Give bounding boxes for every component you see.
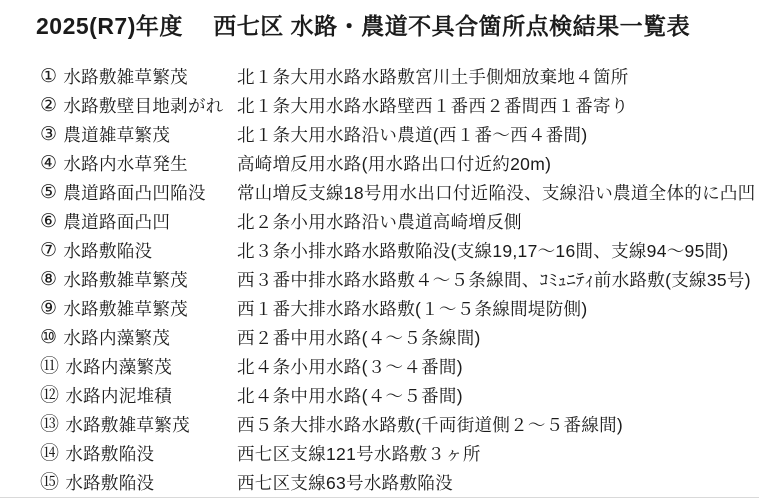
item-category: 水路敷陥没: [63, 238, 152, 263]
item-category: 水路内水草発生: [63, 151, 188, 176]
item-description: 北１条大用水路沿い農道(西１番～西４番間): [237, 122, 765, 147]
list-item: ⑤ 農道路面凸凹陥没 常山増反支線18号用水出口付近陥没、支線沿い農道全体的に凸…: [40, 178, 765, 207]
item-category: 農道雑草繁茂: [63, 122, 170, 147]
list-item: ② 水路敷壁目地剥がれ 北１条大用水路水路壁西１番西２番間西１番寄り: [40, 91, 765, 120]
list-item: ⑫ 水路内泥堆積 北４条中用水路(４～５番間): [40, 381, 765, 410]
item-category: 水路内藻繁茂: [65, 354, 172, 379]
list-item: ⑨ 水路敷雑草繁茂 西１番大排水路水路敷(１～５条線間堤防側): [40, 294, 765, 323]
item-description: 北３条小排水路水路敷陥没(支線19,17～16間、支線94～95間): [237, 238, 765, 263]
list-item: ③ 農道雑草繁茂 北１条大用水路沿い農道(西１番～西４番間): [40, 120, 765, 149]
item-label-group: ⑥ 農道路面凸凹: [40, 209, 237, 234]
list-item: ⑬ 水路敷雑草繁茂 西５条大排水路水路敷(千両街道側２～５番線間): [40, 410, 765, 439]
item-circled-number: ④: [40, 154, 57, 173]
item-category: 水路敷雑草繁茂: [63, 267, 188, 292]
item-label-group: ④ 水路内水草発生: [40, 151, 237, 176]
item-category: 水路敷陥没: [65, 470, 154, 495]
item-label-group: ① 水路敷雑草繁茂: [40, 64, 237, 89]
item-description: 北１条大用水路水路壁西１番西２番間西１番寄り: [237, 93, 765, 118]
item-category: 農道路面凸凹: [63, 209, 170, 234]
item-circled-number: ⑧: [40, 270, 57, 289]
item-label-group: ⑭ 水路敷陥没: [40, 441, 237, 466]
list-item: ⑪ 水路内藻繁茂 北４条小用水路(３～４番間): [40, 352, 765, 381]
item-circled-number: ⑤: [40, 183, 57, 202]
list-item: ⑥ 農道路面凸凹 北２条小用水路沿い農道高崎増反側: [40, 207, 765, 236]
item-description: 西１番大排水路水路敷(１～５条線間堤防側): [237, 296, 765, 321]
item-description: 西５条大排水路水路敷(千両街道側２～５番線間): [237, 412, 765, 437]
item-label-group: ⑬ 水路敷雑草繁茂: [40, 412, 237, 437]
document-page: 2025(R7)年度 西七区 水路・農道不具合箇所点検結果一覧表 ① 水路敷雑草…: [0, 0, 765, 500]
page-title: 2025(R7)年度 西七区 水路・農道不具合箇所点検結果一覧表: [36, 8, 690, 41]
list-item: ⑦ 水路敷陥没 北３条小排水路水路敷陥没(支線19,17～16間、支線94～95…: [40, 236, 765, 265]
item-circled-number: ⑨: [40, 299, 57, 318]
item-category: 水路内藻繁茂: [63, 325, 170, 350]
item-category: 農道路面凸凹陥没: [63, 180, 205, 205]
item-circled-number: ①: [40, 67, 57, 86]
item-circled-number: ⑭: [40, 444, 59, 463]
item-circled-number: ②: [40, 96, 57, 115]
item-circled-number: ⑪: [40, 357, 59, 376]
item-label-group: ⑨ 水路敷雑草繁茂: [40, 296, 237, 321]
item-label-group: ③ 農道雑草繁茂: [40, 122, 237, 147]
item-category: 水路敷雑草繁茂: [65, 412, 190, 437]
item-circled-number: ⑬: [40, 415, 59, 434]
item-label-group: ⑪ 水路内藻繁茂: [40, 354, 237, 379]
item-circled-number: ⑫: [40, 386, 59, 405]
item-description: 西３番中排水路水路敷４～５条線間、ｺﾐｭﾆﾃｨ前水路敷(支線35号): [237, 267, 765, 292]
item-category: 水路敷雑草繁茂: [63, 296, 188, 321]
item-description: 北１条大用水路水路敷宮川土手側畑放棄地４箇所: [237, 64, 765, 89]
item-description: 高崎増反用水路(用水路出口付近約20m): [237, 151, 765, 176]
item-description: 西七区支線63号水路敷陥没: [237, 470, 765, 495]
item-circled-number: ⑩: [40, 328, 57, 347]
item-category: 水路敷陥没: [65, 441, 154, 466]
item-label-group: ⑫ 水路内泥堆積: [40, 383, 237, 408]
item-circled-number: ③: [40, 125, 57, 144]
item-circled-number: ⑦: [40, 241, 57, 260]
item-category: 水路内泥堆積: [65, 383, 172, 408]
item-description: 北４条中用水路(４～５番間): [237, 383, 765, 408]
list-item: ④ 水路内水草発生 高崎増反用水路(用水路出口付近約20m): [40, 149, 765, 178]
item-label-group: ⑮ 水路敷陥没: [40, 470, 237, 495]
list-item: ⑭ 水路敷陥没 西七区支線121号水路敷３ヶ所: [40, 439, 765, 468]
list-item: ⑩ 水路内藻繁茂 西２番中用水路(４～５条線間): [40, 323, 765, 352]
item-circled-number: ⑮: [40, 473, 59, 492]
item-category: 水路敷壁目地剥がれ: [63, 93, 223, 118]
scan-edge-line: [0, 497, 759, 498]
list-item: ① 水路敷雑草繁茂 北１条大用水路水路敷宮川土手側畑放棄地４箇所: [40, 62, 765, 91]
item-circled-number: ⑥: [40, 212, 57, 231]
list-item: ⑧ 水路敷雑草繁茂 西３番中排水路水路敷４～５条線間、ｺﾐｭﾆﾃｨ前水路敷(支線…: [40, 265, 765, 294]
item-label-group: ⑧ 水路敷雑草繁茂: [40, 267, 237, 292]
item-label-group: ⑤ 農道路面凸凹陥没: [40, 180, 237, 205]
item-description: 常山増反支線18号用水出口付近陥没、支線沿い農道全体的に凸凹: [237, 180, 765, 205]
item-label-group: ② 水路敷壁目地剥がれ: [40, 93, 237, 118]
item-label-group: ⑦ 水路敷陥没: [40, 238, 237, 263]
item-category: 水路敷雑草繁茂: [63, 64, 188, 89]
defect-list: ① 水路敷雑草繁茂 北１条大用水路水路敷宮川土手側畑放棄地４箇所 ② 水路敷壁目…: [40, 62, 765, 497]
list-item: ⑮ 水路敷陥没 西七区支線63号水路敷陥没: [40, 468, 765, 497]
item-description: 北２条小用水路沿い農道高崎増反側: [237, 209, 765, 234]
item-label-group: ⑩ 水路内藻繁茂: [40, 325, 237, 350]
item-description: 西七区支線121号水路敷３ヶ所: [237, 441, 765, 466]
item-description: 西２番中用水路(４～５条線間): [237, 325, 765, 350]
item-description: 北４条小用水路(３～４番間): [237, 354, 765, 379]
